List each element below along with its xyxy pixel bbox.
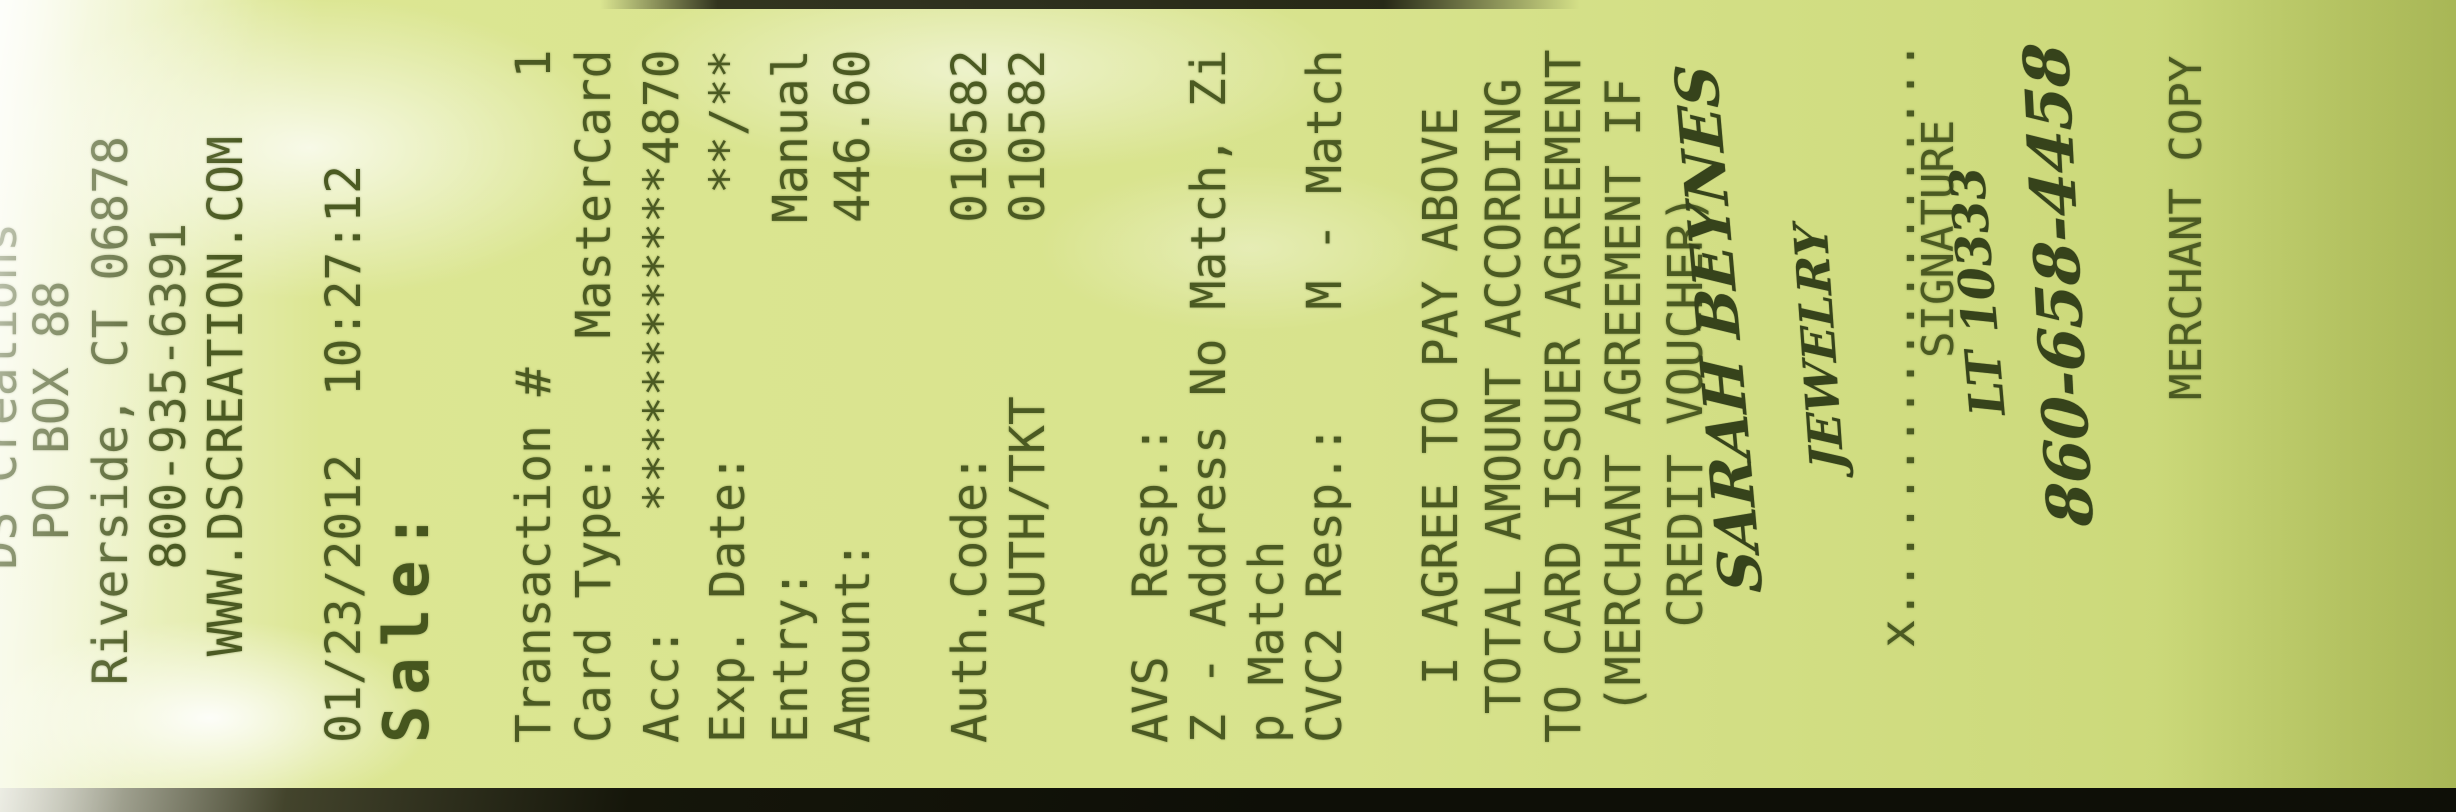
line-avs-1: Z - Address No Match, Zi	[1183, 49, 1237, 743]
line-auth-tkt: AUTH/TKT 010582	[1002, 49, 1056, 743]
line-account: Acc: ************4870	[636, 49, 690, 743]
line-store-phone: 800-935-6391	[143, 223, 197, 743]
footer-merchant-copy: MERCHANT COPY	[2162, 56, 2211, 400]
line-exp-date: Exp. Date: **/**	[702, 49, 756, 743]
line-cvc2: CVC2 Resp.: M - Match	[1299, 49, 1353, 743]
receipt-photo: DS Creations PO BOX 88 Riverside, CT 068…	[0, 0, 2456, 812]
line-city: Riverside, CT 06878	[85, 136, 139, 743]
line-po-box: PO BOX 88	[26, 281, 80, 743]
line-agreement-1: I AGREE TO PAY ABOVE	[1415, 107, 1469, 743]
line-card-type: Card Type: MasterCard	[568, 49, 622, 743]
line-auth-code: Auth.Code: 010582	[944, 49, 998, 743]
line-agreement-4: (MERCHANT AGREEMENT IF	[1598, 78, 1652, 743]
line-amount: Amount: 446.60	[827, 49, 881, 743]
line-agreement-3: TO CARD ISSUER AGREEMENT	[1538, 49, 1592, 743]
sale-label: Sale:	[372, 501, 441, 743]
line-agreement-2: TOTAL AMOUNT ACCORDING	[1478, 78, 1532, 743]
line-avs-2: p Match	[1241, 541, 1295, 743]
line-datetime: 01/23/2012 10:27:12	[318, 165, 372, 743]
handwritten-id-note: LT 10333	[1939, 165, 2017, 418]
handwritten-item-note: JEWELRY	[1783, 224, 1854, 471]
handwritten-phone-note: 860-658-4458	[2009, 42, 2108, 528]
receipt-paper: DS Creations PO BOX 88 Riverside, CT 068…	[0, 0, 2456, 788]
line-avs-label: AVS Resp.:	[1125, 425, 1179, 743]
photo-top-shadow-strip	[600, 0, 1580, 9]
line-website: WWW.DSCREATION.COM	[200, 136, 254, 743]
line-entry: Entry: Manual	[765, 49, 819, 743]
line-transaction: Transaction # 1	[508, 49, 562, 743]
